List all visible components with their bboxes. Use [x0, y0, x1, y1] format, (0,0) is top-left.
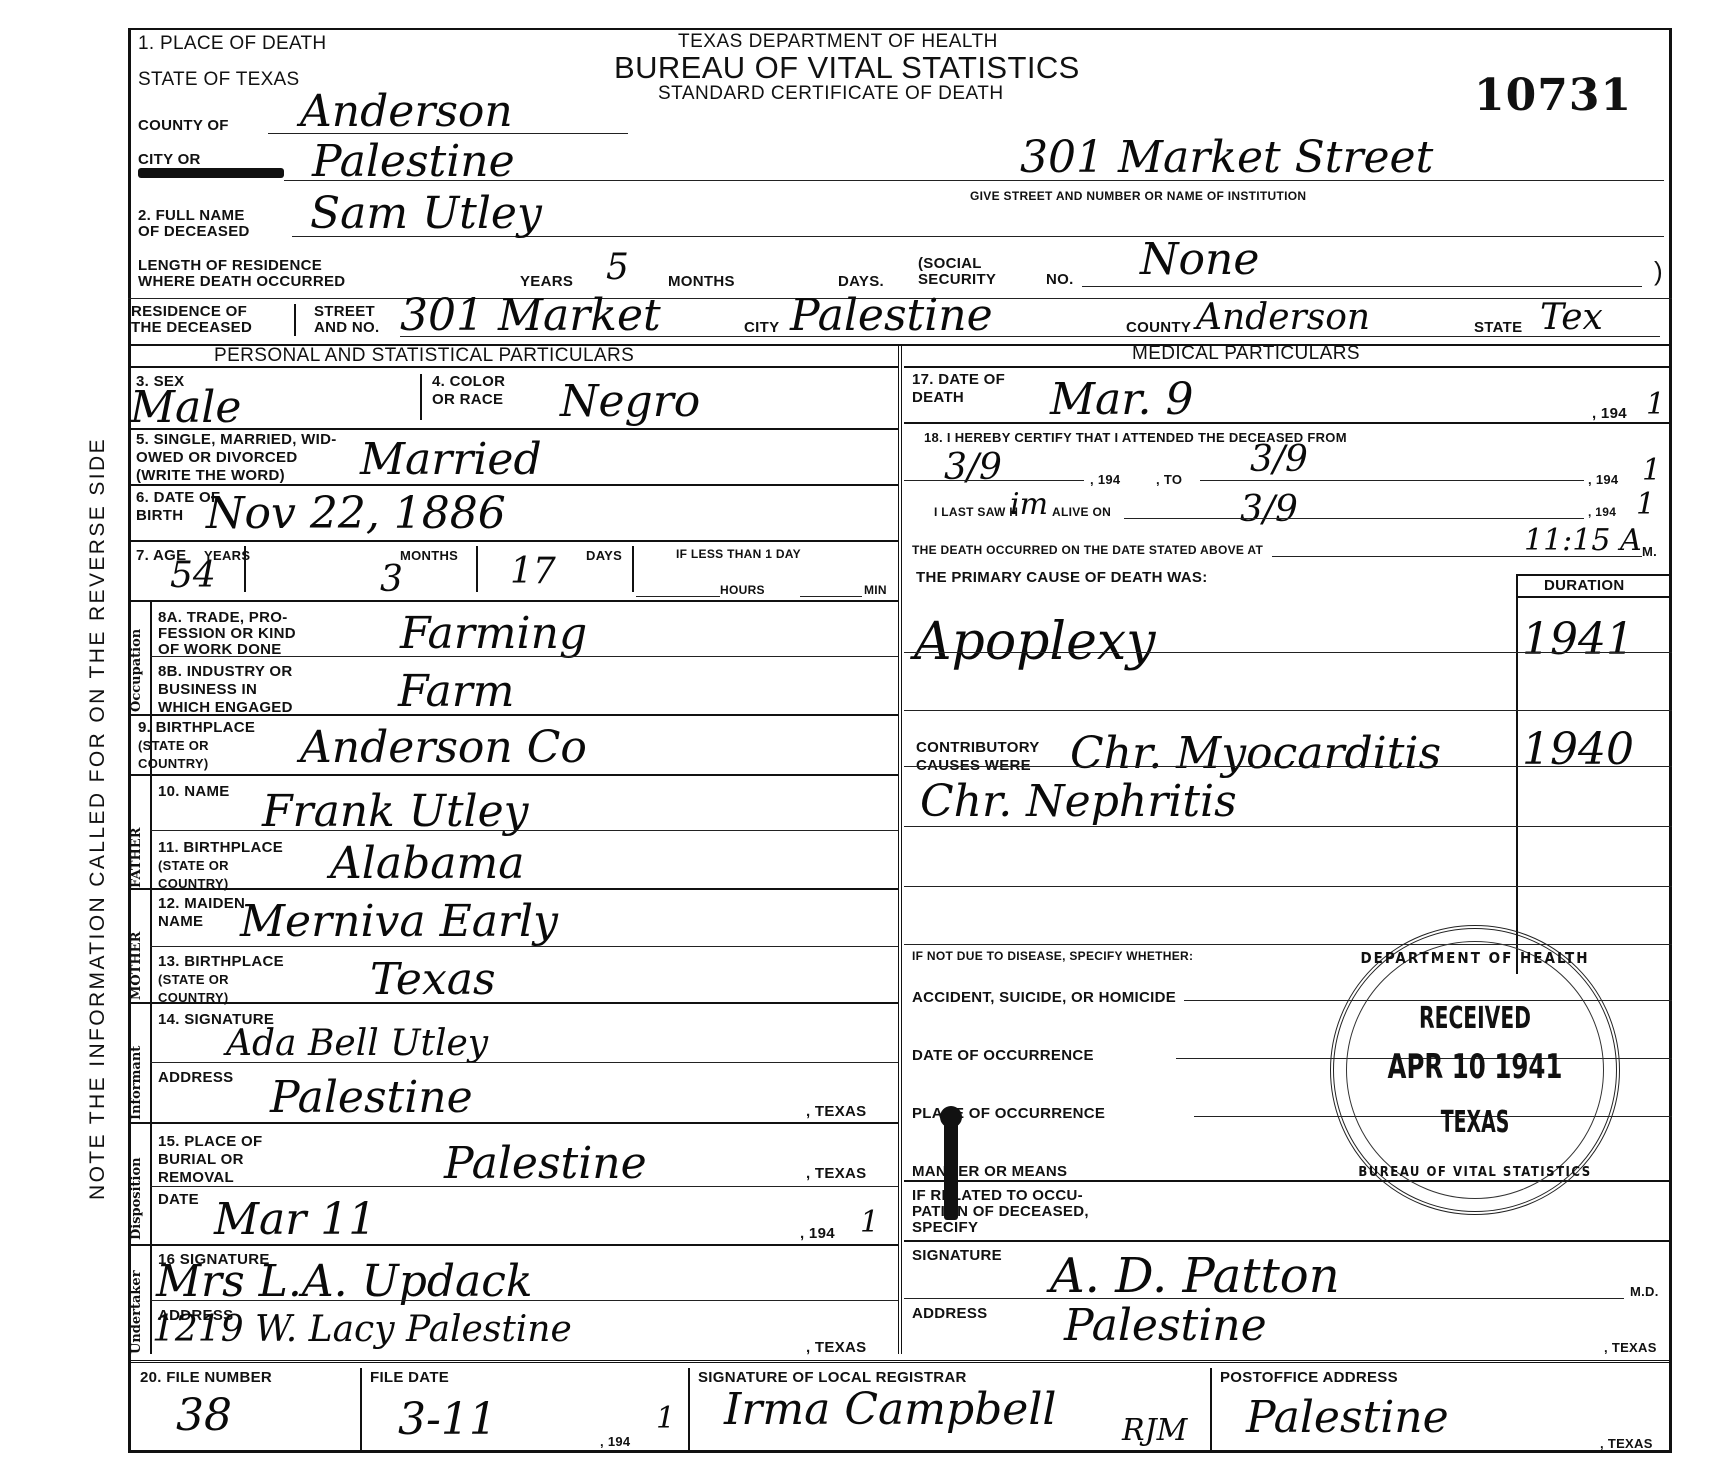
race-label: 4. Color [432, 374, 505, 390]
age-divider [244, 546, 246, 592]
duration-top-line [1516, 574, 1672, 576]
residence-county-label: County [1126, 320, 1191, 336]
contributory-label: Contributory [916, 740, 1040, 756]
informant-signature-value: Ada Bell Utley [226, 1024, 488, 1064]
registrar-value: Irma Campbell [724, 1386, 1057, 1434]
file-number-value: 38 [176, 1392, 232, 1440]
row-line [904, 886, 1672, 887]
birthplace-label-3: country) [138, 756, 209, 771]
stamp-received: RECEIVED [1369, 1001, 1581, 1036]
last-saw-value: 3/9 [1240, 490, 1298, 530]
row-line [128, 1002, 898, 1004]
stamp-bottom-arc: Bureau of Vital Statistics [1334, 1165, 1616, 1180]
attended-to-year-value: 1 [1642, 454, 1661, 488]
death-time-label: The death occurred on the date stated ab… [912, 544, 1263, 557]
row-line [150, 1300, 898, 1301]
contributory-cause-2: Chr. Nephritis [920, 778, 1237, 826]
stamp-top-arc: Department of Health [1334, 949, 1616, 967]
social-line [1082, 286, 1642, 287]
row-line [128, 774, 898, 776]
tab-mother: MOTHER [129, 932, 144, 1000]
row-line [904, 710, 1672, 711]
social-label-2: Security [918, 272, 996, 288]
file-year-value: 1 [656, 1402, 675, 1436]
row-line [904, 652, 1672, 653]
physician-address-label: Address [912, 1306, 987, 1322]
manner-label: Manner or means [912, 1164, 1067, 1180]
row-line [128, 1244, 898, 1246]
tab-occupation: Occupation [129, 629, 144, 712]
redacted-mark [138, 168, 284, 178]
age-years-value: 54 [170, 556, 216, 596]
residence-length-label-2: Where Death Occurred [138, 274, 345, 290]
attended-from-year: , 194 [1090, 472, 1120, 487]
place-of-death-label: 1. Place of Death [138, 36, 326, 52]
county-value: Anderson [300, 88, 513, 136]
race-label-2: or Race [432, 392, 503, 408]
sex-race-divider [420, 374, 422, 420]
undertaker-address-value: 1219 W. Lacy Palestine [152, 1310, 572, 1350]
residence-street-value: 301 Market [400, 292, 661, 340]
industry-label-2: business in [158, 682, 257, 698]
file-date-label: File Date [370, 1370, 449, 1386]
street-institution-value: 301 Market Street [1020, 134, 1433, 182]
death-year-value: 1 [1646, 388, 1665, 422]
tab-column-line [150, 784, 152, 1354]
father-birthplace-label: 11. Birthplace [158, 840, 283, 856]
row-line [904, 826, 1672, 827]
last-saw-pronoun: im [1010, 488, 1048, 522]
social-security-value: None [1140, 236, 1259, 284]
texas-suffix: , Texas [806, 1166, 866, 1182]
accident-label: Accident, suicide, or homicide [912, 990, 1176, 1006]
file-year-label: , 194 [600, 1434, 630, 1449]
contributory-cause-1: Chr. Myocarditis [1070, 730, 1441, 778]
row-line [128, 714, 898, 716]
filing-divider-3 [1210, 1368, 1212, 1452]
undertaker-signature-value: Mrs L.A. Updack [156, 1258, 533, 1306]
full-name-label-2: of Deceased [138, 224, 250, 240]
social-no-label: No. [1046, 272, 1074, 288]
texas-suffix: , Texas [1600, 1436, 1653, 1451]
tab-disposition: Disposition [129, 1157, 144, 1240]
postoffice-label: Postoffice Address [1220, 1370, 1398, 1386]
years-value: 5 [606, 248, 629, 288]
burial-date-label: Date [158, 1192, 199, 1208]
physician-address-value: Palestine [1064, 1302, 1267, 1350]
age-months-label: Months [400, 548, 458, 563]
date-occurrence-label: Date of occurrence [912, 1048, 1094, 1064]
burial-year-prefix: , 194 [800, 1226, 835, 1242]
to-label: , To [1156, 472, 1182, 487]
full-name-label: 2. Full Name [138, 208, 245, 224]
days-label: Days. [838, 274, 884, 290]
filing-divider-1 [360, 1368, 362, 1452]
mother-maiden-value: Merniva Early [240, 898, 558, 946]
marital-label-3: (Write the word) [136, 468, 285, 484]
file-date-value: 3-11 [398, 1396, 497, 1444]
certificate-number: 10731 [1474, 70, 1632, 121]
row-line [904, 766, 1672, 767]
tab-undertaker: Undertaker [129, 1270, 144, 1354]
physician-signature-label: Signature [912, 1248, 1002, 1264]
last-saw-line [1124, 518, 1584, 519]
marital-value: Married [360, 436, 542, 484]
city-label: City or [138, 152, 201, 168]
mother-birthplace-label: 13. Birthplace [158, 954, 284, 970]
age-divider [632, 546, 634, 592]
death-year-label: , 194 [1592, 406, 1627, 422]
age-days-label: Days [586, 548, 622, 563]
burial-value: Palestine [444, 1140, 647, 1188]
mother-birthplace-value: Texas [370, 956, 496, 1004]
attended-to-line [1200, 480, 1584, 481]
father-birthplace-value: Alabama [330, 840, 524, 888]
attended-from-line [904, 480, 1084, 481]
attended-from-value: 3/9 [944, 448, 1002, 488]
medical-section-underline [904, 366, 1672, 368]
md-label: M.D. [1630, 1284, 1659, 1299]
trade-label-2: fession or kind [158, 626, 296, 642]
informant-address-label: Address [158, 1070, 233, 1086]
burial-date-value: Mar 11 [214, 1196, 376, 1244]
related-label: If related to occu- [912, 1188, 1083, 1204]
attended-to-year: , 194 [1588, 472, 1618, 487]
not-disease-label: If not due to disease, specify whether: [912, 950, 1193, 963]
row-line [128, 888, 898, 890]
residence-label-2: the Deceased [131, 320, 252, 336]
industry-label: 8B. Industry or [158, 664, 293, 680]
burial-label: 15. Place of [158, 1134, 262, 1150]
tab-father: FATHER [129, 827, 144, 888]
min-line [800, 596, 862, 597]
father-name-value: Frank Utley [262, 788, 529, 836]
close-paren: ) [1654, 256, 1663, 287]
reverse-side-note: NOTE THE INFORMATION CALLED FOR ON THE R… [86, 437, 110, 1200]
street-label-2: and No. [314, 320, 379, 336]
street-label: Street [314, 304, 375, 320]
primary-cause-label: The primary cause of death was: [916, 570, 1208, 586]
residence-state-label: State [1474, 320, 1522, 336]
row-line [128, 1122, 898, 1124]
row-line [904, 1240, 1672, 1242]
birthplace-label-2: (State or [138, 738, 209, 753]
duration-head-line [1516, 596, 1672, 598]
residence-state-value: Tex [1540, 298, 1603, 338]
date-of-death-label-2: Death [912, 390, 964, 406]
less-than-day-label: If less than 1 day [676, 548, 801, 561]
marital-label-2: owed or Divorced [136, 450, 297, 466]
dob-label-2: Birth [136, 508, 183, 524]
stamp-date: APR 10 1941 [1362, 1047, 1588, 1087]
hours-line [636, 596, 720, 597]
last-saw-year-value: 1 [1636, 488, 1655, 522]
row-line [904, 1298, 1624, 1299]
duration-divider [1516, 574, 1518, 974]
informant-address-value: Palestine [270, 1074, 473, 1122]
row-line [150, 1186, 898, 1187]
filing-divider [128, 1360, 1672, 1363]
sex-value: Male [130, 384, 241, 432]
attended-to-value: 3/9 [1250, 440, 1308, 480]
trade-value: Farming [400, 610, 587, 658]
months-label: Months [668, 274, 735, 290]
age-days-value: 17 [510, 552, 556, 592]
mother-birthplace-label-2: (State or [158, 972, 229, 987]
row-line [150, 830, 898, 831]
age-months-value: 3 [380, 560, 403, 600]
personal-section-title: Personal and Statistical Particulars [214, 345, 634, 367]
row-line [150, 1062, 898, 1063]
marital-label: 5. Single, Married, Wid- [136, 432, 337, 448]
texas-suffix: , Texas [806, 1104, 866, 1120]
residence-city-label: City [744, 320, 779, 336]
burial-label-2: burial or [158, 1152, 244, 1168]
row-line [904, 422, 1672, 424]
last-saw-label-2: alive on [1052, 506, 1111, 519]
related-label-3: specify [912, 1220, 978, 1236]
death-time-suffix: M. [1642, 544, 1657, 559]
industry-value: Farm [398, 668, 515, 716]
birthplace-label: 9. Birthplace [138, 720, 255, 736]
full-name-value: Sam Utley [310, 190, 542, 238]
residence-label: Residence of [131, 304, 247, 320]
medical-section-title: Medical Particulars [1132, 343, 1360, 365]
dob-value: Nov 22, 1886 [206, 490, 506, 538]
race-value: Negro [560, 378, 700, 426]
primary-cause-value: Apoplexy [914, 618, 1156, 666]
state-label: State of Texas [138, 72, 300, 88]
mother-maiden-label: 12. Maiden [158, 896, 245, 912]
row-line [128, 484, 898, 486]
hours-label: Hours [720, 584, 765, 597]
trade-label: 8A. Trade, Pro- [158, 610, 288, 626]
row-line [128, 600, 898, 602]
date-of-death-label: 17. Date of [912, 372, 1005, 388]
burial-label-3: removal [158, 1170, 234, 1186]
burial-year-value: 1 [860, 1206, 879, 1240]
last-saw-label: I last saw h [934, 506, 1018, 519]
date-of-death-value: Mar. 9 [1050, 376, 1193, 424]
tab-informant: Informant [129, 1046, 144, 1120]
registrar-initials: RJM [1122, 1414, 1187, 1448]
social-label: (Social [918, 256, 982, 272]
residence-county-value: Anderson [1196, 298, 1370, 338]
certificate-type-title: Standard Certificate of Death [658, 83, 1004, 105]
father-birthplace-label-2: (State or [158, 858, 229, 873]
residence-line [400, 336, 1660, 337]
years-label: Years [520, 274, 573, 290]
min-label: Min [864, 584, 887, 597]
last-saw-year: , 194 [1588, 506, 1616, 519]
father-name-label: 10. Name [158, 784, 230, 800]
residence-city-value: Palestine [790, 292, 993, 340]
received-stamp: Department of Health RECEIVED APR 10 194… [1330, 925, 1620, 1215]
row-line [128, 428, 898, 430]
personal-section-underline [128, 366, 898, 368]
ink-blot [944, 1110, 958, 1220]
death-time-value: 11:15 A [1524, 524, 1642, 558]
city-value: Palestine [312, 138, 515, 186]
residence-divider [294, 304, 296, 336]
primary-duration-value: 1941 [1522, 616, 1634, 664]
texas-suffix: , Texas [1604, 1340, 1657, 1355]
file-number-label: 20. File Number [140, 1370, 272, 1386]
age-divider [476, 546, 478, 592]
mother-maiden-label-2: name [158, 914, 203, 930]
related-label-2: pation of deceased, [912, 1204, 1089, 1220]
physician-signature-value: A. D. Patton [1050, 1252, 1340, 1300]
row-line [904, 944, 1672, 945]
county-label: County of [138, 118, 229, 134]
row-line [150, 946, 898, 947]
birthplace-value: Anderson Co [300, 724, 587, 772]
postoffice-value: Palestine [1246, 1394, 1449, 1442]
bureau-title: Bureau of Vital Statistics [614, 50, 1080, 86]
duration-label: Duration [1544, 578, 1624, 594]
stamp-texas: TEXAS [1376, 1105, 1573, 1140]
texas-suffix: , Texas [806, 1340, 866, 1356]
row-line [150, 656, 898, 657]
residence-length-label: Length of Residence [138, 258, 322, 274]
filing-divider-2 [688, 1368, 690, 1452]
row-line [128, 540, 898, 542]
street-institution-caption: Give street and number or name of instit… [970, 190, 1306, 203]
column-divider [898, 344, 902, 1354]
